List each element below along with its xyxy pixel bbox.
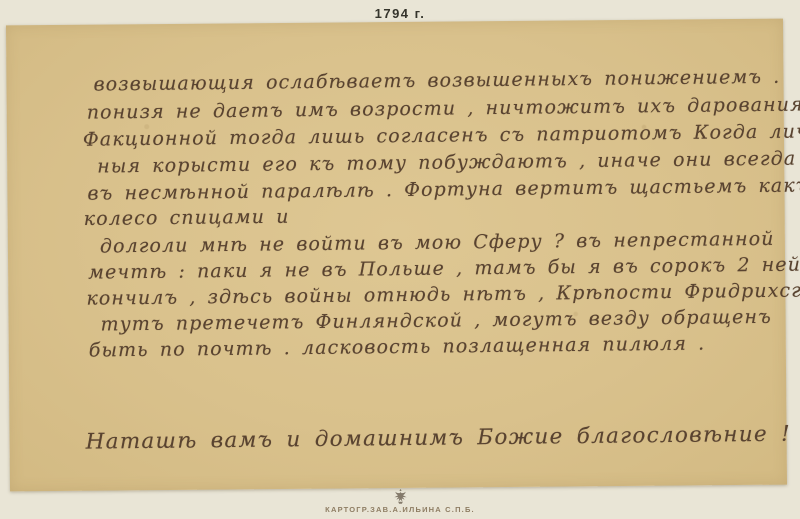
letter-line: быть по почтѣ . ласковость позлащенная п… [89, 333, 706, 362]
printer-imprint: КАРТОГР.ЗАВ.А.ИЛЬИНА С.П.Б. [0, 489, 800, 514]
letter-line: возвышающия ослабѣваетъ возвышенныхъ пон… [93, 66, 780, 96]
letter-line: долголи мнѣ не войти въ мою Сферу ? въ н… [100, 228, 775, 258]
letter-line: мечтѣ : паки я не въ Польше , тамъ бы я … [88, 254, 800, 284]
letter-line: ныя корысти его къ тому побуждаютъ , ина… [97, 148, 796, 178]
letter-line: тутъ претечетъ Финляндской , могутъ везд… [100, 306, 771, 336]
letter-line: Факционной тогда лишь согласенъ съ патри… [83, 120, 800, 150]
printer-mark-text: КАРТОГР.ЗАВ.А.ИЛЬИНА С.П.Б. [325, 505, 475, 514]
letter-line: въ несмѣнной паралѣлѣ . Фортуна вертитъ … [87, 174, 800, 204]
postscript-line: Наташѣ вамъ и домашнимъ Божие благословѣ… [85, 422, 791, 455]
letter-line: понизя не даетъ имъ возрости , ничтожитъ… [87, 93, 800, 123]
letter-line: колесо спицами и [84, 206, 290, 230]
letter-line: кончилъ , здѣсь войны отнюдь нѣтъ , Крѣп… [86, 279, 800, 309]
photographed-letter-plate: 1794 г. возвышающия ослабѣваетъ возвышен… [0, 0, 800, 519]
letter-sheet: возвышающия ослабѣваетъ возвышенныхъ пон… [6, 19, 787, 492]
double-headed-eagle-icon [393, 489, 408, 504]
